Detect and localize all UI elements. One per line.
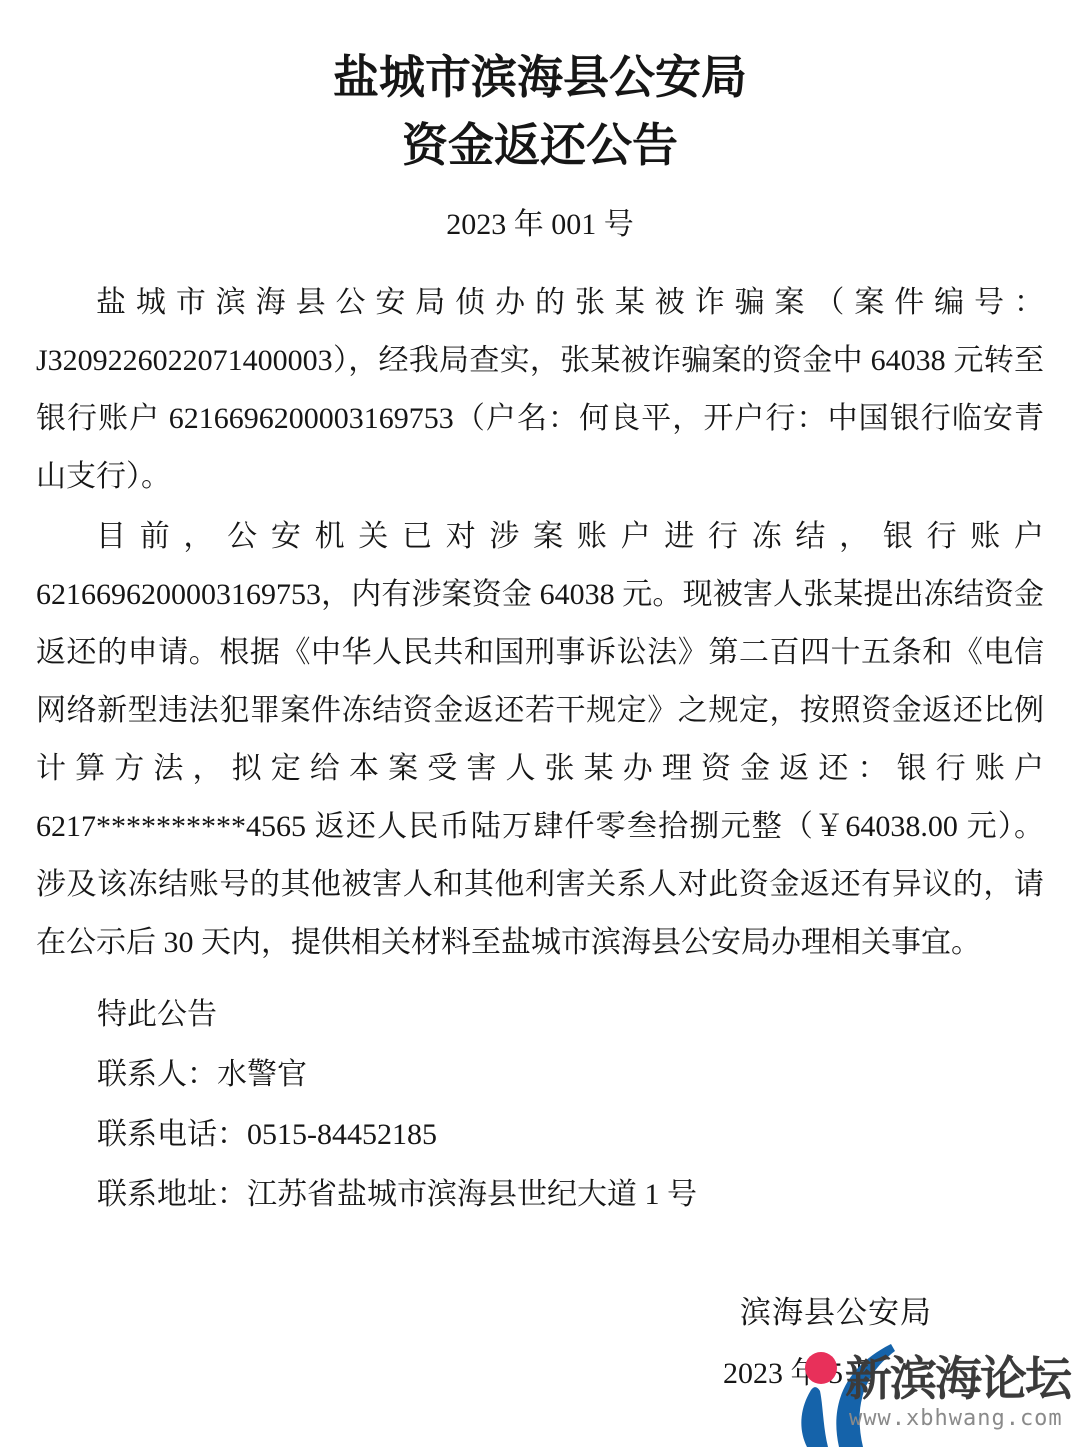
announcement-title: 资金返还公告 <box>0 112 1080 180</box>
forum-url: www.xbhwang.com <box>849 1406 1063 1432</box>
forum-watermark: 新滨海论坛 www.xbhwang.com <box>783 1340 1080 1447</box>
forum-name: 新滨海论坛 <box>845 1354 1070 1406</box>
agency-title: 盐城市滨海县公安局 <box>0 44 1080 112</box>
paragraph-case-summary: 盐城市滨海县公安局侦办的张某被诈骗案（案件编号：J320922602207140… <box>36 274 1044 506</box>
document-number: 2023 年 001 号 <box>0 206 1080 244</box>
contact-person: 联系人：水警官 <box>97 1045 1044 1105</box>
logo-red-dot <box>805 1352 837 1384</box>
logo-blue-petal <box>801 1387 828 1447</box>
paragraph-return-plan: 目前，公安机关已对涉案账户进行冻结，银行账户 62166962000031697… <box>36 508 1044 972</box>
contact-address: 联系地址：江苏省盐城市滨海县世纪大道 1 号 <box>97 1165 1044 1225</box>
title-block: 盐城市滨海县公安局 资金返还公告 <box>0 0 1080 180</box>
contact-phone: 联系电话：0515-84452185 <box>97 1105 1044 1165</box>
announcement-page: 盐城市滨海县公安局 资金返还公告 2023 年 001 号 盐城市滨海县公安局侦… <box>0 0 1080 1447</box>
closing-line: 特此公告 <box>97 985 1044 1045</box>
signature-agency: 滨海县公安局 <box>740 1288 932 1338</box>
